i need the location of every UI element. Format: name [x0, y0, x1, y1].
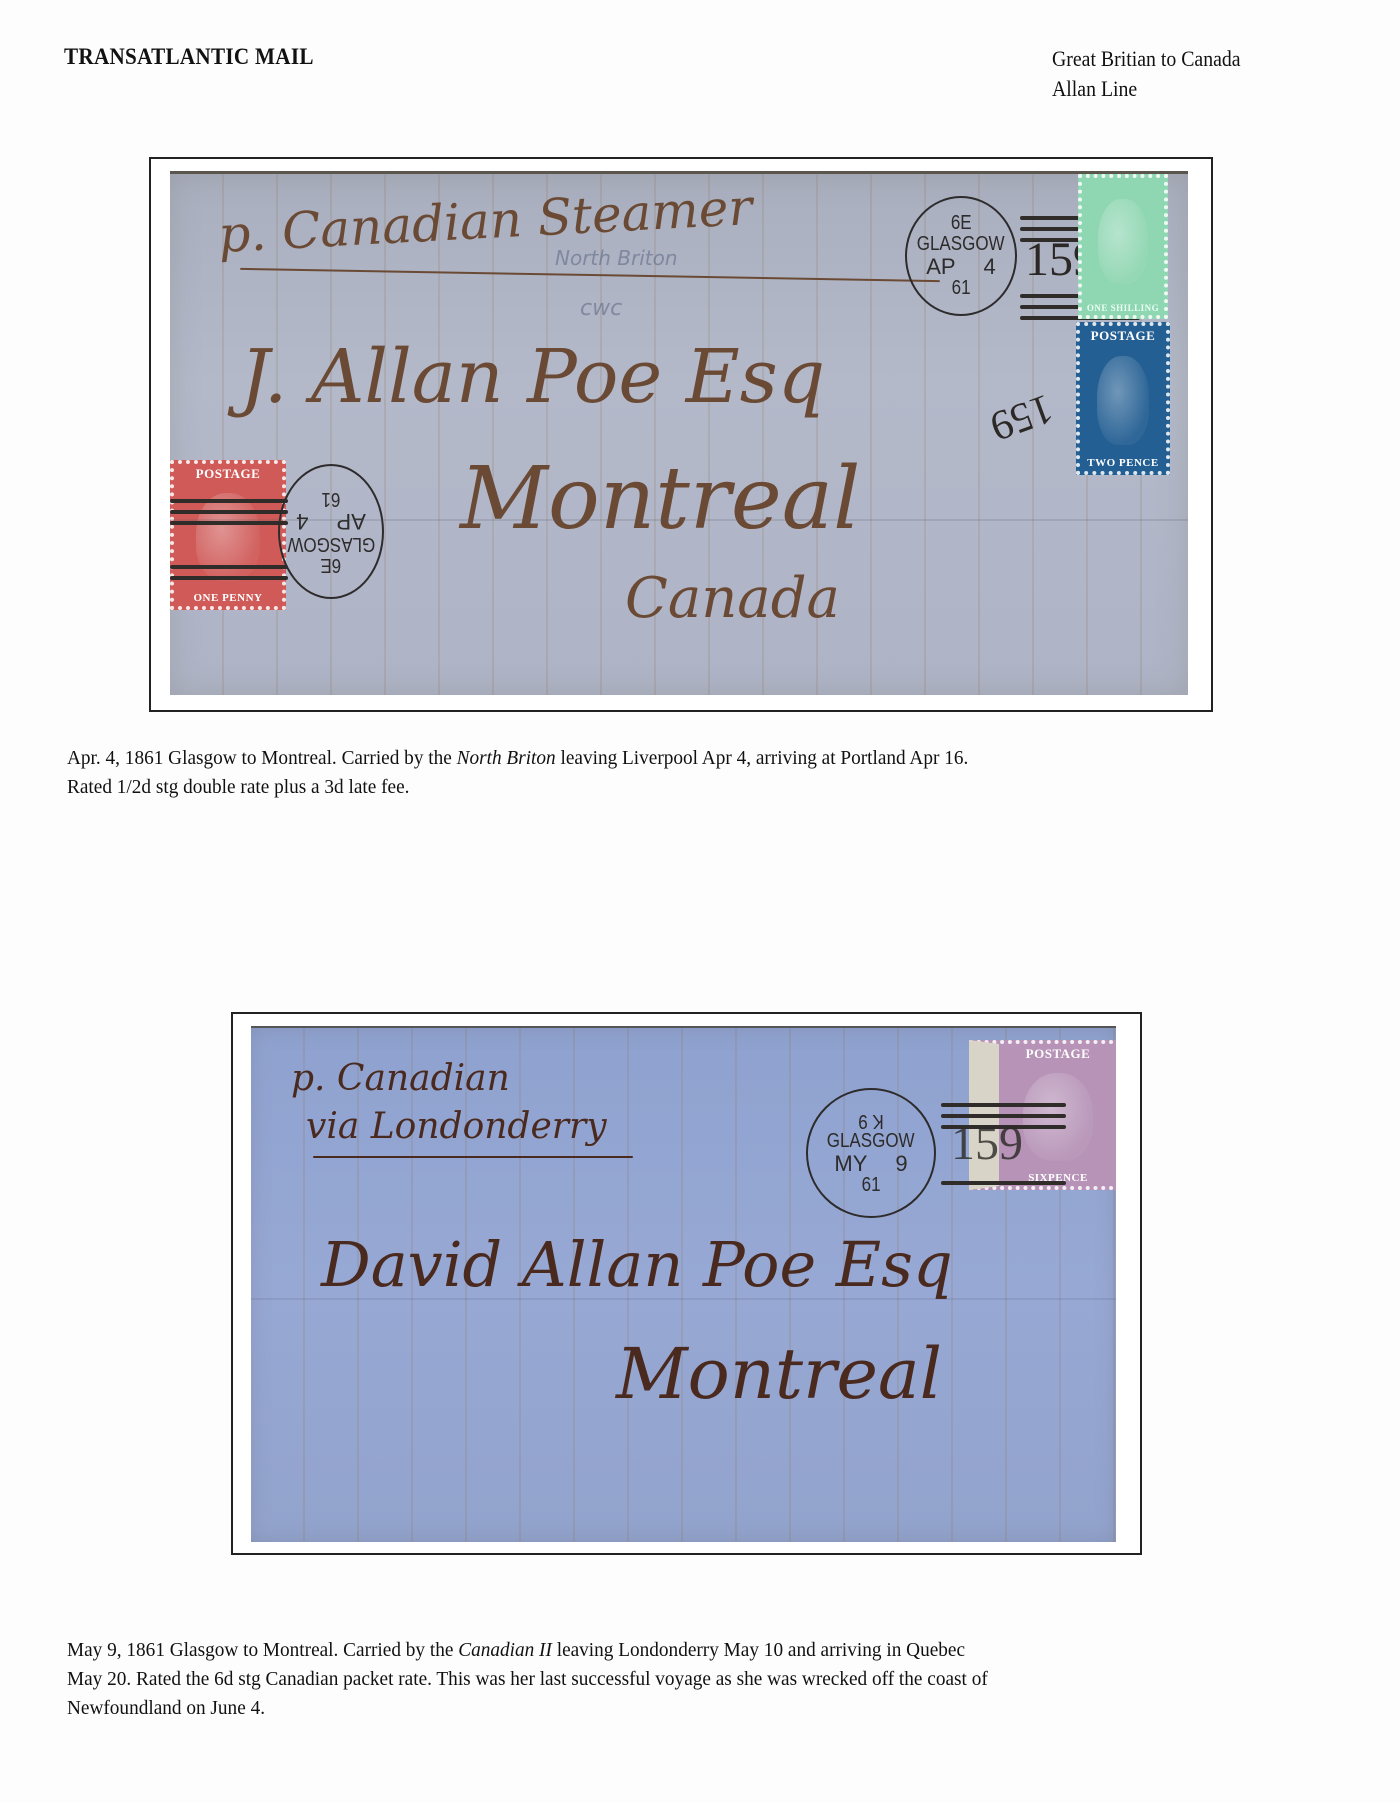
routing-endorsement-line-2: via Londonderry — [306, 1106, 607, 1147]
address-line-name: David Allan Poe Esq — [321, 1228, 953, 1301]
address-line-name: J. Allan Poe Esq — [240, 334, 825, 420]
queen-portrait-icon — [1097, 356, 1149, 446]
address-line-city: Montreal — [616, 1333, 942, 1415]
ship-name: Canadian II — [458, 1639, 552, 1661]
stamp-one-shilling: ONE SHILLING — [1078, 174, 1168, 319]
stamp-two-pence: POSTAGE TWO PENCE — [1076, 322, 1170, 475]
subtitle-line: Allan Line — [1052, 74, 1241, 104]
cover-frame-1: p. Canadian Steamer North Briton cwc J. … — [149, 157, 1213, 712]
routing-endorsement-line-1: p. Canadian — [291, 1058, 510, 1099]
ship-name: North Briton — [457, 747, 556, 769]
caption-rate: Rated 1/2d stg double rate plus a 3d lat… — [67, 773, 1270, 802]
cover-caption-2: May 9, 1861 Glasgow to Montreal. Carried… — [67, 1636, 1270, 1723]
caption-date-route: May 9, 1861 Glasgow to Montreal. — [67, 1639, 338, 1661]
endorsement-underline — [313, 1156, 633, 1158]
glasgow-postmark-inverted: 6E GLASGOW AP 4 61 — [278, 464, 384, 599]
glasgow-postmark: K 9 GLASGOW MY 9 61 — [806, 1088, 936, 1218]
subtitle-route: Great Britian to Canada — [1052, 44, 1241, 74]
endorsement-underline — [240, 268, 940, 282]
cover-envelope-2: p. Canadian via Londonderry David Allan … — [251, 1026, 1116, 1542]
page-subtitle: Great Britian to Canada Allan Line — [1052, 44, 1241, 104]
duplex-number: 159 — [951, 1120, 1023, 1168]
address-line-city: Montreal — [460, 449, 861, 549]
duplex-number-inverted: 159 — [985, 386, 1059, 447]
cover-frame-2: p. Canadian via Londonderry David Allan … — [231, 1012, 1142, 1555]
duplex-bars-penny — [170, 499, 288, 587]
caption-fate: Newfoundland on June 4. — [67, 1694, 1270, 1723]
cover-caption-1: Apr. 4, 1861 Glasgow to Montreal. Carrie… — [67, 744, 1270, 802]
queen-portrait-icon — [1098, 199, 1147, 284]
caption-date-route: Apr. 4, 1861 Glasgow to Montreal. — [67, 747, 337, 769]
pencil-note-initials: cwc — [580, 296, 622, 321]
page-title: TRANSATLANTIC MAIL — [64, 44, 314, 70]
address-line-country: Canada — [625, 566, 840, 631]
caption-rate: May 20. Rated the 6d stg Canadian packet… — [67, 1665, 1270, 1694]
cover-envelope-1: p. Canadian Steamer North Briton cwc J. … — [170, 171, 1188, 695]
pencil-note-ship: North Briton — [555, 246, 678, 270]
glasgow-postmark: 6E GLASGOW AP 4 61 — [905, 196, 1017, 316]
